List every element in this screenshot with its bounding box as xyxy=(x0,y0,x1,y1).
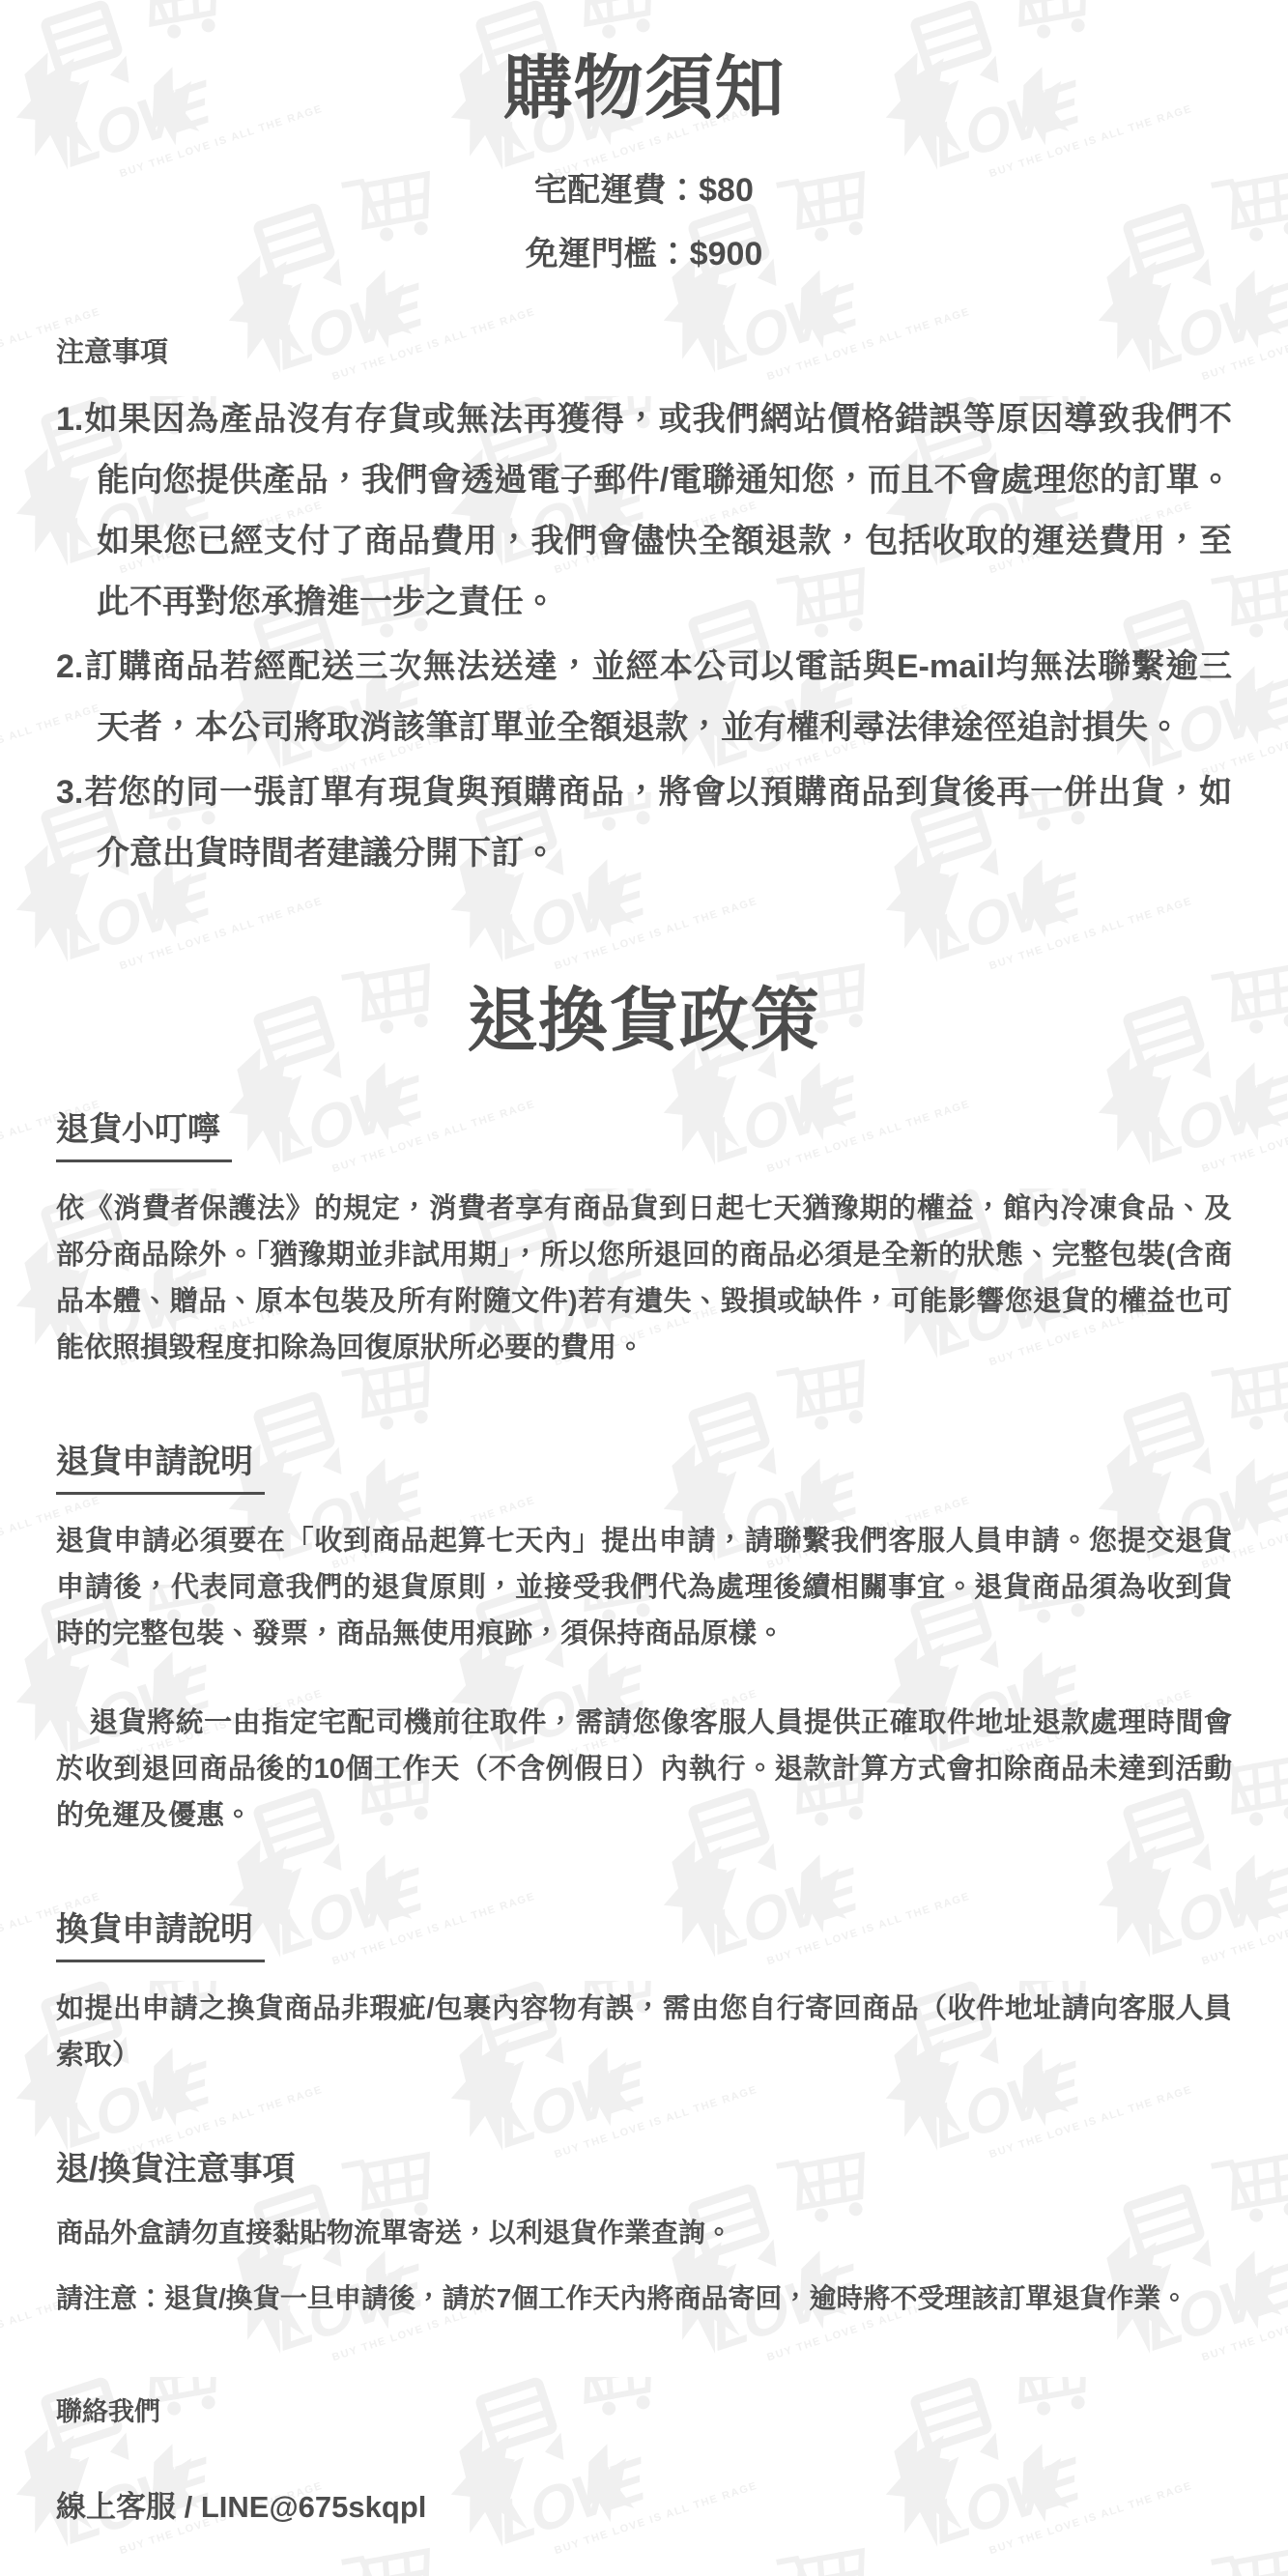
notes-item-3-number: 3. xyxy=(56,774,83,811)
return-application-heading: 退貨申請說明 xyxy=(56,1435,265,1495)
section-return-reminder: 退貨小叮嚀 依《消費者保護法》的規定，消費者享有商品貨到日起七天猶豫期的權益，館… xyxy=(56,1102,1232,1371)
notes-heading: 注意事項 xyxy=(56,330,1232,370)
exchange-application-heading: 換貨申請說明 xyxy=(56,1903,265,1962)
notes-item-1-text: 如果因為產品沒有存貨或無法再獲得，或我們網站價格錯誤等原因導致我們不能向您提供產… xyxy=(83,401,1232,620)
page-title: 購物須知 xyxy=(56,52,1232,128)
shipping-info: 宅配運費：$80 免運門檻：$900 xyxy=(56,158,1232,286)
notes-item-3: 3.若您的同一張訂單有現貨與預購商品，將會以預購商品到貨後再一併出貨，如介意出貨… xyxy=(56,762,1232,884)
notes-item-3-text: 若您的同一張訂單有現貨與預購商品，將會以預購商品到貨後再一併出貨，如介意出貨時間… xyxy=(83,774,1232,872)
delivery-fee-line: 宅配運費：$80 xyxy=(56,158,1232,222)
return-exchange-notes-heading: 退/換貨注意事項 xyxy=(56,2142,295,2190)
shopping-notice-page: 購物須知 宅配運費：$80 免運門檻：$900 注意事項 1.如果因為產品沒有存… xyxy=(0,52,1288,2526)
section-return-exchange-notes: 退/換貨注意事項 商品外盒請勿直接黏貼物流單寄送，以利退貨作業查詢。 請注意：退… xyxy=(56,2142,1232,2321)
notes-list: 1.如果因為產品沒有存貨或無法再獲得，或我們網站價格錯誤等原因導致我們不能向您提… xyxy=(56,389,1232,884)
free-shipping-line: 免運門檻：$900 xyxy=(56,222,1232,286)
notes-item-2-text: 訂購商品若經配送三次無法送達，並經本公司以電話與E-mail均無法聯繫逾三天者，… xyxy=(83,648,1232,746)
return-reminder-paragraph: 依《消費者保護法》的規定，消費者享有商品貨到日起七天猶豫期的權益，館內冷凍食品、… xyxy=(56,1186,1232,1371)
policy-title: 退換貨政策 xyxy=(56,985,1232,1060)
section-return-application: 退貨申請說明 退貨申請必須要在「收到商品起算七天內」提出申請，請聯繫我們客服人員… xyxy=(56,1435,1232,1839)
return-application-paragraph-2: 退貨將統一由指定宅配司機前往取件，需請您像客服人員提供正確取件地址退款處理時間會… xyxy=(56,1700,1232,1839)
contact-line-customer-service: 線上客服 / LINE@675skqpl xyxy=(56,2482,1232,2526)
return-exchange-notes-paragraph-2: 請注意：退貨/換貨一旦申請後，請於7個工作天內將商品寄回，逾時將不受理該訂單退貨… xyxy=(56,2276,1232,2321)
section-exchange-application: 換貨申請說明 如提出申請之換貨商品非瑕疵/包裹內容物有誤，需由您自行寄回商品（收… xyxy=(56,1903,1232,2078)
return-reminder-heading: 退貨小叮嚀 xyxy=(56,1102,232,1162)
contact-heading: 聯絡我們 xyxy=(56,2390,1232,2428)
return-application-paragraph-1: 退貨申請必須要在「收到商品起算七天內」提出申請，請聯繫我們客服人員申請。您提交退… xyxy=(56,1518,1232,1657)
notes-item-1: 1.如果因為產品沒有存貨或無法再獲得，或我們網站價格錯誤等原因導致我們不能向您提… xyxy=(56,389,1232,633)
notes-item-2-number: 2. xyxy=(56,648,83,685)
notes-item-1-number: 1. xyxy=(56,401,83,438)
notes-item-2: 2.訂購商品若經配送三次無法送達，並經本公司以電話與E-mail均無法聯繫逾三天… xyxy=(56,637,1232,758)
exchange-application-paragraph: 如提出申請之換貨商品非瑕疵/包裹內容物有誤，需由您自行寄回商品（收件地址請向客服… xyxy=(56,1986,1232,2078)
return-exchange-notes-paragraph-1: 商品外盒請勿直接黏貼物流單寄送，以利退貨作業查詢。 xyxy=(56,2211,1232,2255)
